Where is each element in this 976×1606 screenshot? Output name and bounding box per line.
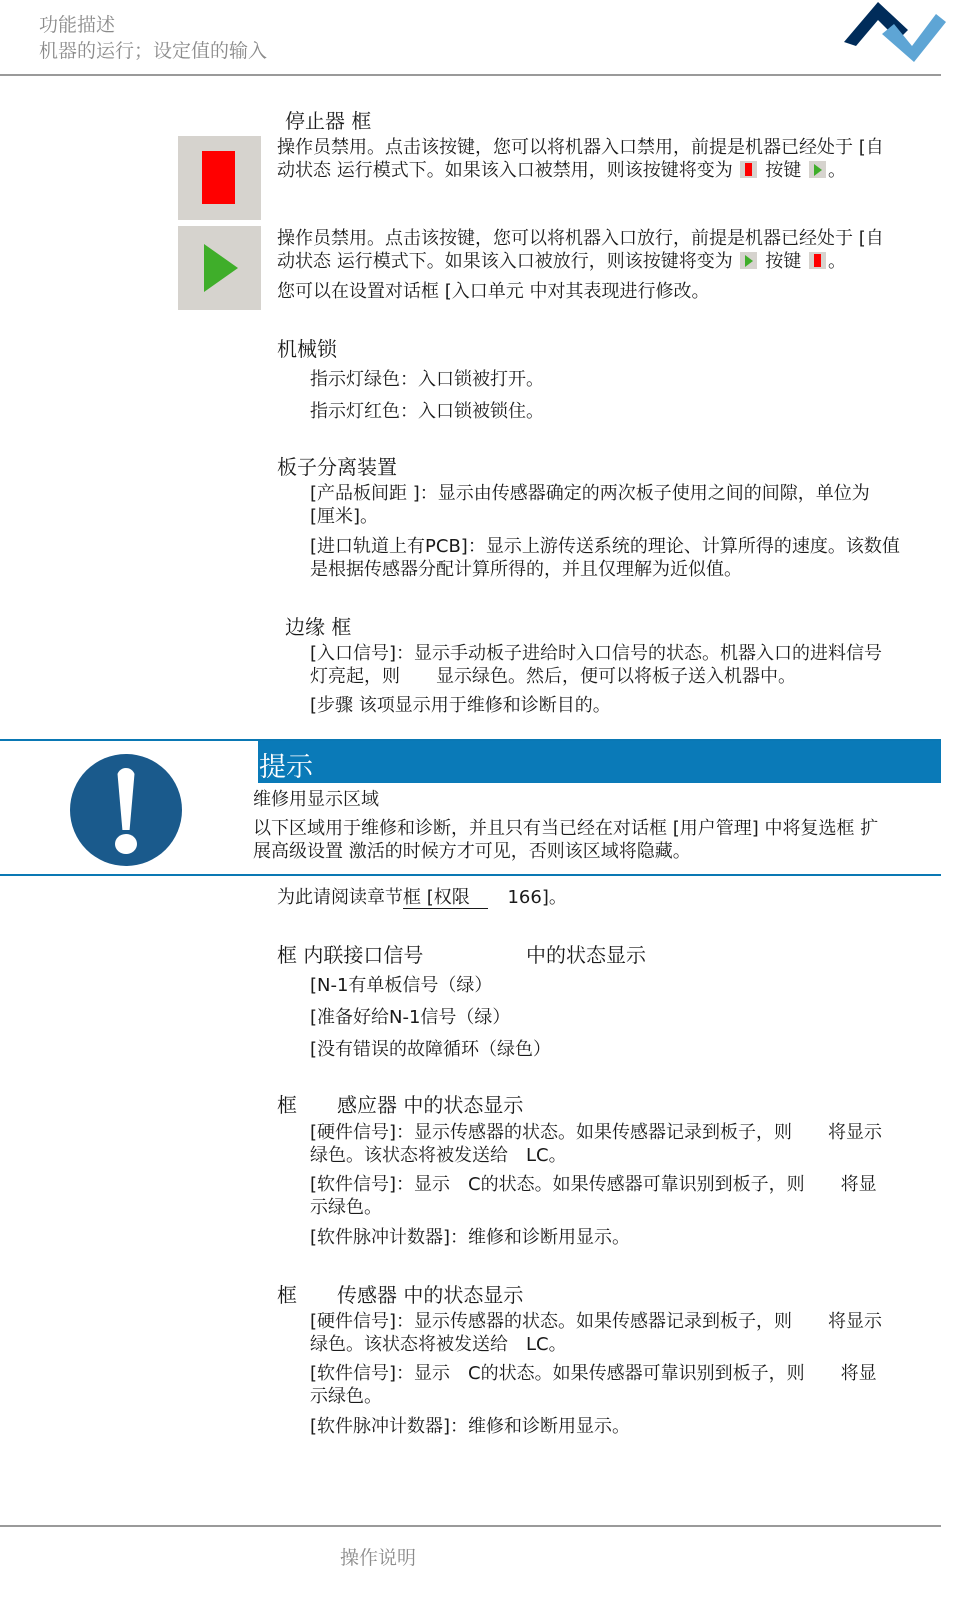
interface-item-ready-n1: [准备好给N-1信号（绿）	[310, 1006, 510, 1029]
stop-square-mini-icon	[809, 252, 826, 269]
note-title-bar	[258, 741, 941, 783]
play-button-description: 操作员禁用。点击该按键，您可以将机器入口放行，前提是机器已经处于 [自 动状态 …	[277, 227, 937, 303]
section-title-edge: 边缘 框	[285, 611, 351, 640]
stop-square-mini-icon	[740, 161, 757, 178]
stop-button-image	[178, 136, 261, 220]
section-title-stopper: 停止器 框	[285, 105, 371, 134]
read-chapter-reference: 为此请阅读章节框 [权限 166]。	[277, 886, 567, 909]
section-title-mechanical-lock: 机械锁	[277, 333, 337, 362]
play-triangle-mini-icon	[740, 252, 757, 269]
sensor-b-hardware-signal: [硬件信号]：显示传感器的状态。如果传感器记录到板子，则 将显示 绿色。该状态将…	[310, 1310, 940, 1356]
sensor-a-software-signal: [软件信号]：显示 C的状态。如果传感器可靠识别到板子，则 将显 示绿色。	[310, 1173, 940, 1219]
sensor-a-hardware-signal: [硬件信号]：显示传感器的状态。如果传感器记录到板子，则 将显示 绿色。该状态将…	[310, 1121, 940, 1167]
separator-item-pcb-on-inlet: [进口轨道上有PCB]：显示上游传送系统的理论、计算所得的速度。该数值 是根据传…	[310, 535, 950, 581]
play-triangle-icon	[204, 244, 238, 292]
note-title: 提示	[259, 745, 313, 784]
exclamation-circle-icon	[70, 754, 182, 866]
edge-item-inlet-signal: [入口信号]：显示手动板子进给时入口信号的状态。机器入口的进料信号 灯亮起，则 …	[310, 642, 940, 688]
sensor-b-software-signal: [软件信号]：显示 C的状态。如果传感器可靠识别到板子，则 将显 示绿色。	[310, 1362, 940, 1408]
stop-square-icon	[202, 151, 235, 204]
header-chapter: 功能描述	[39, 10, 115, 37]
company-logo-icon	[842, 0, 946, 64]
play-button-image	[178, 226, 261, 310]
interface-item-fault-cycle: [没有错误的故障循环（绿色）	[310, 1038, 551, 1061]
footer-divider	[0, 1525, 941, 1527]
note-bottom-rule	[0, 874, 941, 876]
section-title-sensor-b: 框 传感器 中的状态显示	[277, 1279, 523, 1308]
lock-item-red: 指示灯红色：入口锁被锁住。	[310, 400, 544, 423]
footer-manual-title: 操作说明	[340, 1543, 416, 1570]
sensor-b-pulse-counter: [软件脉冲计数器]：维修和诊断用显示。	[310, 1415, 630, 1438]
edge-item-step: [步骤 该项显示用于维修和诊断目的。	[310, 694, 611, 717]
permissions-chapter-link[interactable]: 框 [权限	[403, 887, 488, 909]
lock-item-green: 指示灯绿色：入口锁被打开。	[310, 368, 544, 391]
stop-button-description: 操作员禁用。点击该按键，您可以将机器入口禁用，前提是机器已经处于 [自 动状态 …	[277, 136, 937, 182]
section-title-inline-interface: 框 内联接口信号	[277, 939, 423, 968]
header-divider	[0, 74, 941, 76]
header-subchapter: 机器的运行；设定值的输入	[39, 36, 267, 63]
section-title-inline-interface-suffix: 中的状态显示	[526, 939, 646, 968]
play-triangle-mini-icon	[809, 161, 826, 178]
interface-item-n1-board: [N-1有单板信号（绿）	[310, 974, 492, 997]
separator-item-board-distance: [产品板间距 ]：显示由传感器确定的两次板子使用之间的间隙，单位为 [厘米]。	[310, 482, 940, 528]
settings-note: 您可以在设置对话框 [入口单元 中对其表现进行修改。	[277, 280, 937, 303]
section-title-board-separator: 板子分离装置	[277, 451, 397, 480]
note-body: 以下区域用于维修和诊断，并且只有当已经在对话框 [用户管理] 中将复选框 扩 展…	[253, 817, 938, 863]
section-title-sensor-a: 框 感应器 中的状态显示	[277, 1089, 523, 1118]
sensor-a-pulse-counter: [软件脉冲计数器]：维修和诊断用显示。	[310, 1226, 630, 1249]
note-subtitle: 维修用显示区域	[253, 788, 379, 811]
